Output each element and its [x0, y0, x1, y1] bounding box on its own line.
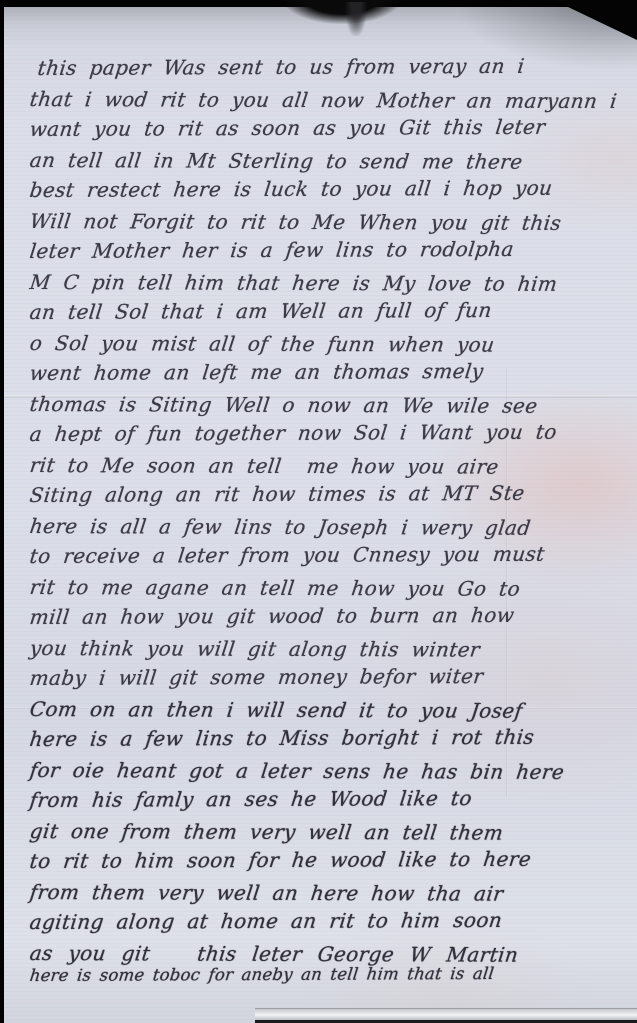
letter-text: this paper Was sent to us from veray an … — [28, 53, 631, 1023]
bottom-page-fold — [255, 1008, 637, 1023]
letter-line-1: this paper Was sent to us from veray an … — [28, 50, 635, 83]
letter-line-7: leter Mother her is a few lins to rodolp… — [28, 233, 635, 266]
letter-line-3: want you to rit as soon as you Git this … — [28, 111, 635, 144]
letter-line-27: to rit to him soon for he wood like to h… — [28, 843, 635, 876]
letter-line-9: an tell Sol that i am Well an full of fu… — [28, 294, 635, 327]
torn-edge-shadow — [345, 2, 367, 36]
letter-line-29: agiting along at home an rit to him soon — [28, 904, 635, 937]
letter-line-17: to receive a leter from you Cnnesy you m… — [28, 538, 635, 571]
letter-line-25: from his famly an ses he Wood like to — [28, 782, 635, 815]
letter-line-11: went home an left me an thomas smely — [28, 355, 635, 388]
letter-line-21: maby i will git some money befor witer — [28, 660, 635, 693]
letter-line-5: best restect here is luck to you all i h… — [28, 172, 635, 205]
letter-line-19: mill an how you git wood to burn an how — [28, 599, 635, 632]
letter-line-23: here is a few lins to Miss boright i rot… — [28, 721, 635, 754]
letter-line-15: Siting along an rit how times is at MT S… — [28, 477, 635, 510]
letter-paper: this paper Was sent to us from veray an … — [4, 7, 637, 1023]
letter-photo: this paper Was sent to us from veray an … — [0, 0, 637, 1023]
letter-line-31: here is some toboc for aneby an tell him… — [28, 958, 635, 991]
letter-line-13: a hept of fun together now Sol i Want yo… — [28, 416, 635, 449]
torn-edge-blob — [282, 0, 402, 24]
